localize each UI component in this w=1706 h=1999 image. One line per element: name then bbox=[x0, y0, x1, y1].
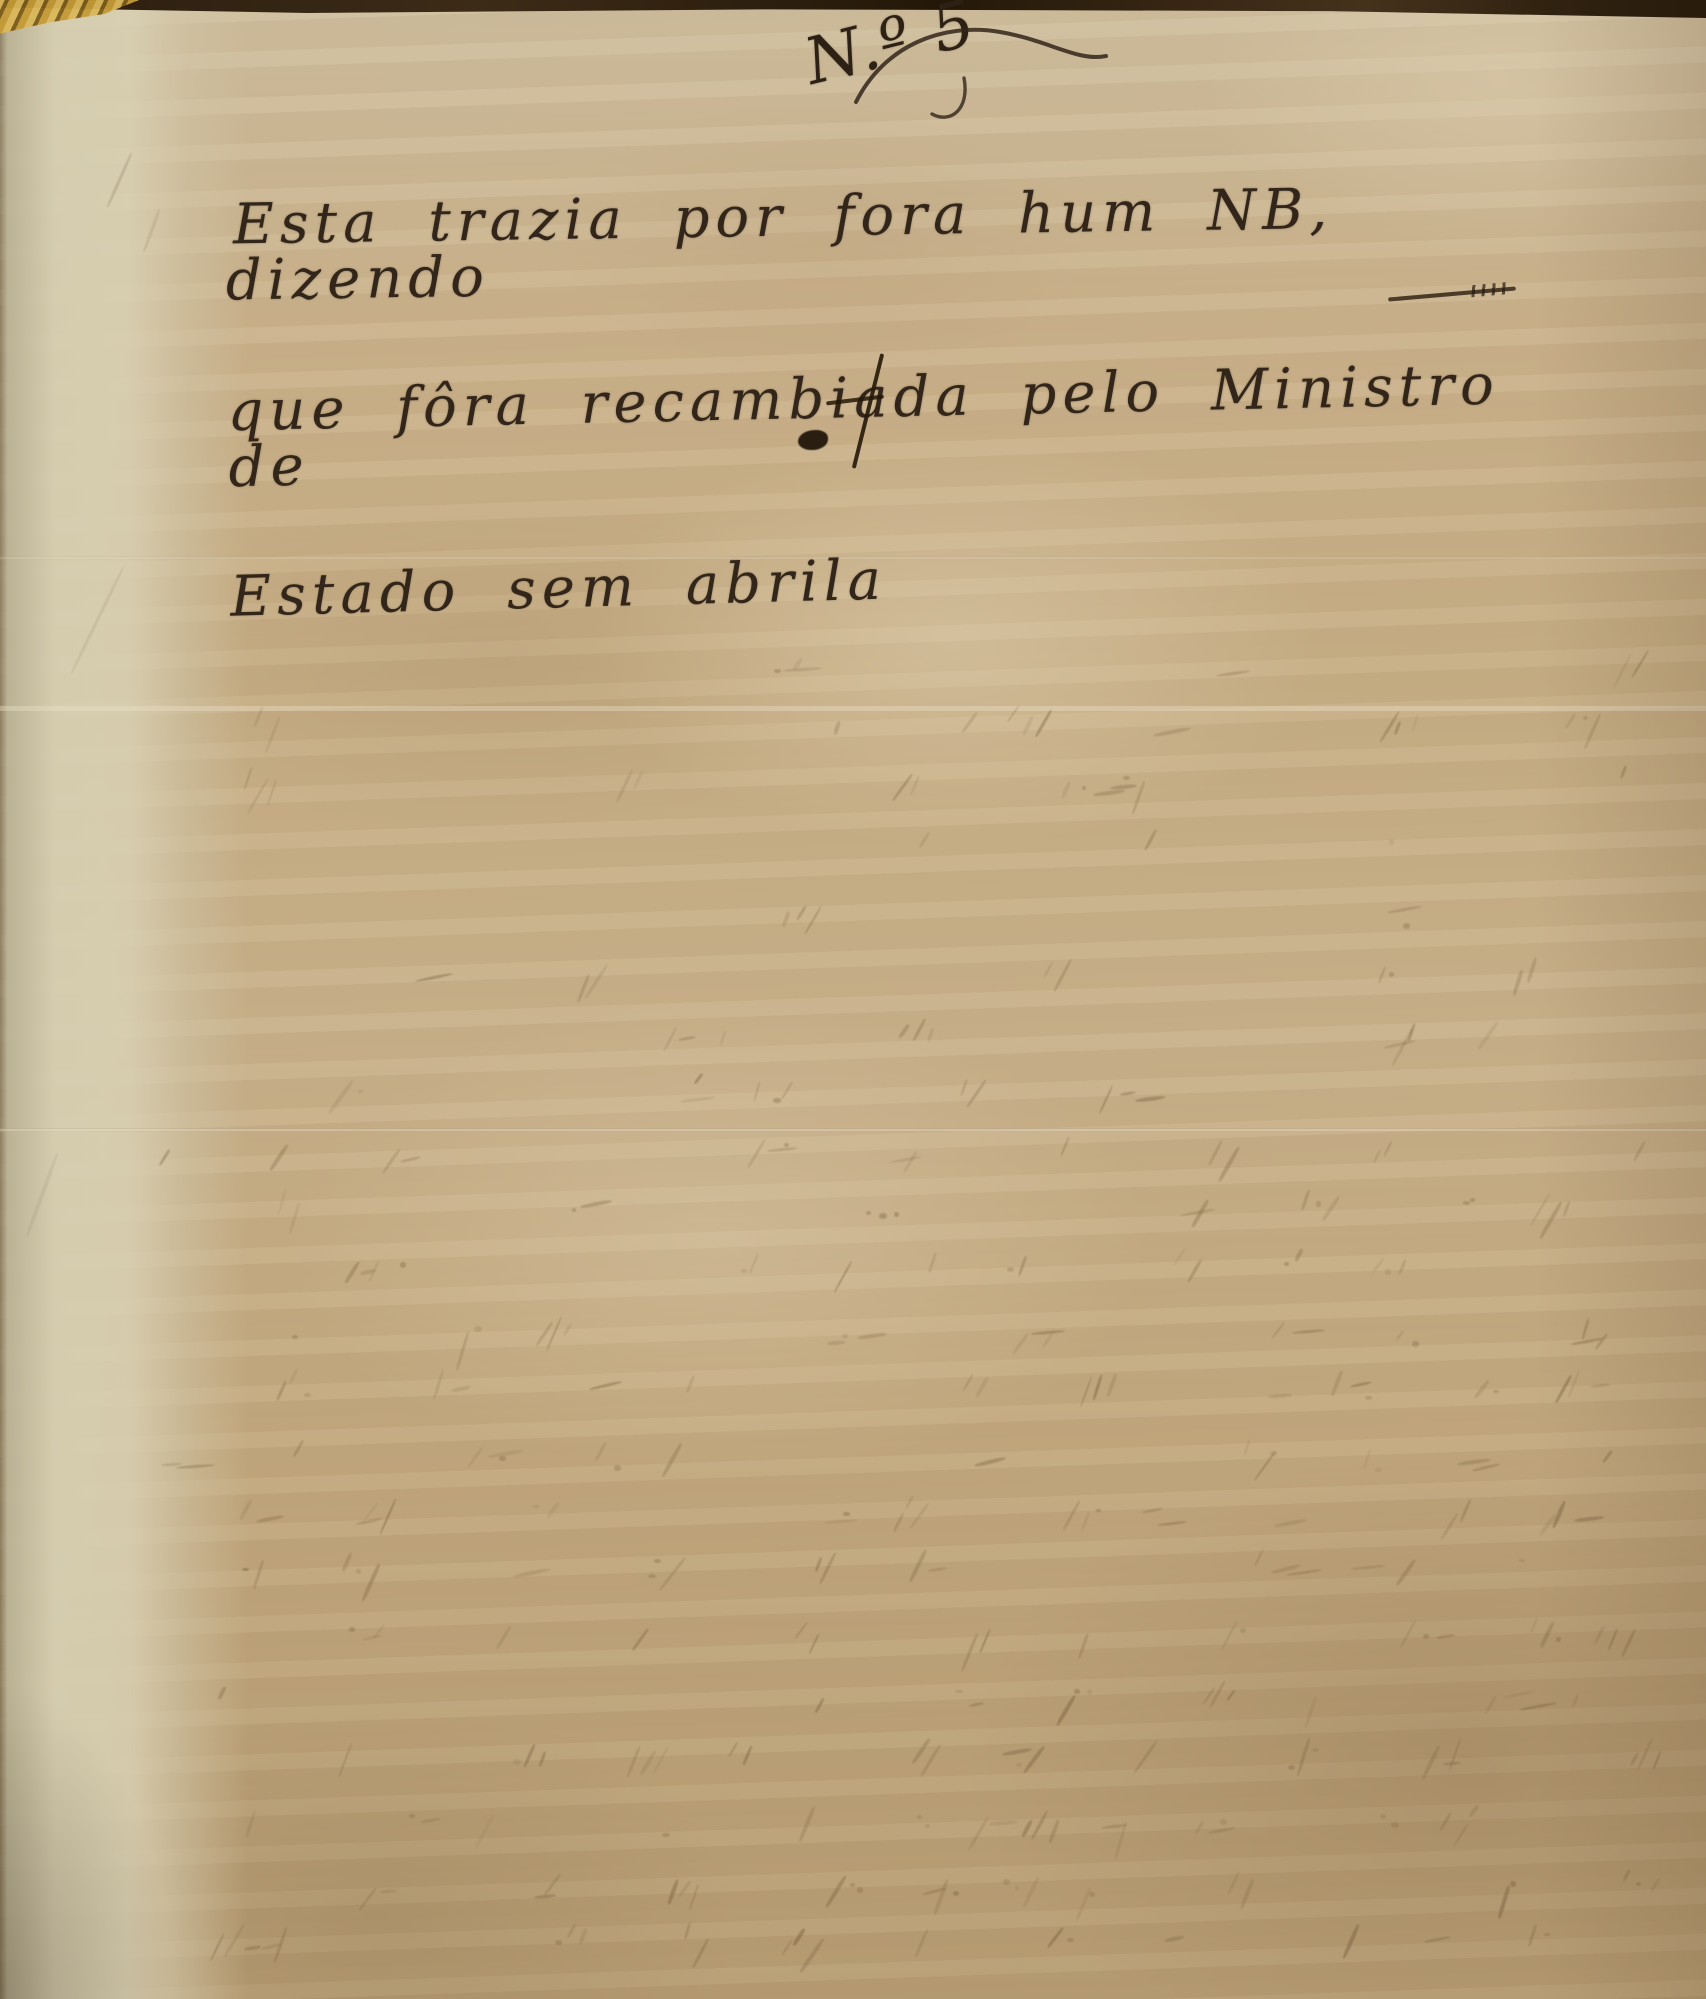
handwritten-line: Esta trazia por fora hum NB, dizendo bbox=[225, 179, 1586, 310]
gutter-shadow bbox=[0, 1439, 210, 1999]
handwritten-line: que fôra recambiada pelo Ministro de bbox=[227, 356, 1589, 496]
fold-crease bbox=[0, 1128, 1706, 1132]
light-streak bbox=[0, 706, 1706, 711]
handwritten-line: Estado sem abrila bbox=[230, 534, 1591, 626]
manuscript-page: N.º 5 Esta trazia por fora hum NB, dizen… bbox=[0, 0, 1706, 1999]
number-flourish bbox=[846, 16, 1126, 136]
archivist-note: Esta trazia por fora hum NB, dizendo que… bbox=[225, 179, 1592, 688]
